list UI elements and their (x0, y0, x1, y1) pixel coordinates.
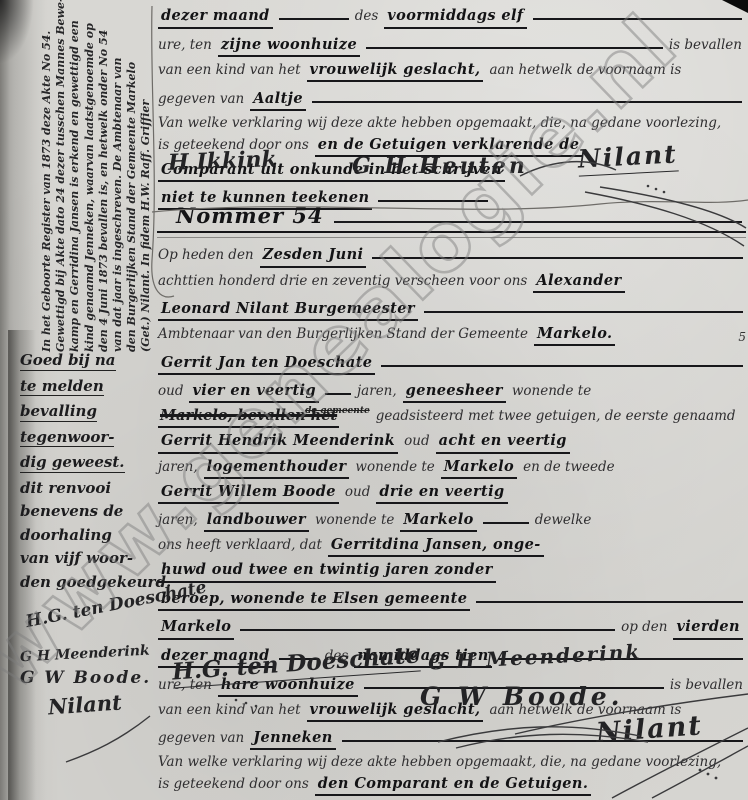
act-text-line: Ambtenaar van den Burgerlijken Stand der… (158, 325, 743, 346)
printed-text: wonende te (355, 459, 434, 476)
blank-filler-rule (483, 508, 529, 524)
filled-in-text: voormiddags elf (384, 7, 526, 28)
act-text-line: beroep, wonende te Elsen gemeente (158, 587, 743, 612)
filled-in-text: dezer maand (158, 7, 273, 28)
printed-text: dewelke (535, 512, 592, 529)
margin-note-line: benevens de (20, 503, 158, 520)
act-text-line: jaren,logementhouderwonende teMarkeloen … (158, 458, 743, 479)
rotated-margin-line: van dat jaar is ingeschreven. De Ambtena… (111, 12, 124, 352)
rotated-margin-line: (Get.) Nilant. In fidem H.W. Raff. Griff… (139, 12, 152, 352)
margin-note-line: van vijf woor- (20, 550, 158, 567)
act-text-line: Van welke verklaring wij deze akte hebbe… (158, 754, 743, 771)
printed-text: van een kind van het (158, 62, 301, 79)
printed-text: jaren, (357, 383, 397, 400)
interline-correction: de gemeente (305, 407, 370, 416)
heading-underline-thin (157, 237, 746, 238)
printed-text: is geteekend door ons (158, 776, 309, 793)
signature-heuten: G H Heuten (352, 153, 528, 179)
printed-text: Van welke verklaring wij deze akte hebbe… (158, 754, 721, 771)
rotated-margin-line: den 4 Juni 1873 bevallen is, en hetwelk … (97, 12, 110, 352)
printed-text: op den (621, 619, 667, 636)
filled-in-text: Alexander (533, 272, 624, 293)
printed-text: jaren, (158, 512, 198, 529)
margin-note-line: doorhaling (20, 527, 158, 544)
act-text-line: ure, tenzijne woonhuizeis bevallen (158, 33, 742, 58)
act-text-line: Op heden denZesden Juni (158, 243, 743, 268)
margin-note-line: dit renvooi (20, 480, 158, 497)
filled-in-text: vrouwelijk geslacht, (307, 61, 484, 82)
act-text-line: van een kind van hetvrouwelijk geslacht,… (158, 61, 742, 82)
signature-boode-main: G W Boode. (420, 682, 623, 711)
act-text-line: Markeloop denvierden (158, 615, 743, 640)
act-text-line: is geteekend door onsden Comparant en de… (158, 775, 743, 796)
margin-note: Goed bij nate meldenbevallingtegenwoor-d… (20, 352, 158, 597)
filled-in-text: Markelo (441, 458, 517, 479)
right-edge-mark: 5 (738, 330, 746, 344)
scan-dark-corner-top-left (0, 0, 34, 64)
act-text-line: ons heeft verklaard, datGerritdina Janse… (158, 536, 743, 557)
printed-text: oud (158, 383, 183, 400)
act-text-line: Leonard Nilant Burgemeester (158, 297, 743, 322)
printed-text: jaren, (158, 459, 198, 476)
filled-in-text: Markelo (400, 511, 476, 532)
signature-ikkink: H Ikkink (168, 146, 278, 176)
printed-text: achttien honderd drie en zeventig versch… (158, 273, 527, 290)
filled-in-text: Gerrit Jan ten Doeschate (158, 354, 375, 375)
rotated-margin-line: Gewettigd bij Akte dato 24 dezer tussche… (54, 12, 67, 352)
printed-text: Op heden den (158, 247, 254, 264)
margin-note-line: den goedgekeurd. (20, 574, 158, 591)
printed-text: is bevallen (670, 677, 743, 694)
printed-text: is bevallen (669, 37, 742, 54)
printed-text: Ambtenaar van den Burgerlijken Stand der… (158, 326, 528, 343)
signature-boode-margin: G W Boode. (20, 668, 151, 688)
act-heading-row: Nommer 54 (176, 203, 742, 228)
act-text-line: dezer maanddesvoormiddags elf (158, 4, 742, 29)
signature-nilant-top: Nilant (577, 139, 678, 176)
filled-in-text: Gerrit Hendrik Meenderink (158, 432, 398, 453)
printed-text: geadsisteerd met twee getuigen, de eerst… (376, 408, 736, 425)
printed-text: gegeven van (158, 730, 244, 747)
filled-in-text: drie en veertig (376, 483, 507, 504)
act-text-line: Van welke verklaring wij deze akte hebbe… (158, 115, 742, 132)
rotated-margin-line: den Burgerlijken Stand der Gemeente Mark… (125, 12, 138, 352)
filled-in-text: vierden (673, 618, 743, 639)
act-text-line: Gerrit Hendrik Meenderinkoudacht en veer… (158, 432, 743, 453)
blank-filler-rule (366, 33, 663, 49)
act-text-line: Gerrit Willem Boodeouddrie en veertig (158, 483, 743, 504)
filled-in-text: zijne woonhuize (218, 36, 360, 57)
heading-underline (157, 231, 746, 233)
act-text-line: achttien honderd drie en zeventig versch… (158, 272, 743, 293)
act-number-title: Nommer 54 (176, 203, 324, 228)
printed-text: van een kind van het (158, 702, 301, 719)
blank-filler-rule (476, 587, 743, 603)
filled-in-text: Leonard Nilant Burgemeester (158, 300, 418, 321)
blank-filler-rule (312, 86, 742, 102)
blank-filler-rule (279, 4, 349, 20)
heading-rule (334, 207, 742, 223)
filled-in-text: vier en veertig (189, 382, 319, 403)
filled-in-text: Markelo (158, 618, 234, 639)
filled-in-text: Markelo. (534, 325, 616, 346)
filled-in-text: logementhouder (204, 458, 350, 479)
printed-text: ure, ten (158, 37, 212, 54)
filled-in-text: acht en veertig (436, 432, 570, 453)
filled-in-text: landbouwer (204, 511, 309, 532)
margin-note-line: te melden (20, 378, 104, 397)
previous-act-text: dezer maanddesvoormiddags elfure, tenzij… (158, 4, 742, 214)
blank-filler-rule (424, 297, 743, 313)
act-text-line: huwd oud twee en twintig jaren zonder (158, 561, 743, 582)
blank-filler-rule (378, 186, 488, 202)
scanned-birth-certificate: In het Geboorte Register van 1873 deze A… (0, 0, 748, 800)
printed-text: gegeven van (158, 91, 244, 108)
printed-text: Van welke verklaring wij deze akte hebbe… (158, 115, 721, 132)
filled-in-text: Gerritdina Jansen, onge- (328, 536, 544, 557)
act-text-line: jaren,landbouwerwonende teMarkelodewelke (158, 508, 743, 533)
rotated-margin-line: kind genaamd Jenneken, waarvan laatstgen… (83, 12, 96, 352)
rotated-margin-line: kamp en Gerridina Jansen is erkend en ge… (68, 12, 81, 352)
signature-nilant-margin: Nilant (47, 689, 122, 719)
blank-filler-rule (240, 615, 615, 631)
act-text-line: Markelo, bevallen hetde gemeentegeadsist… (158, 407, 743, 428)
printed-text: oud (345, 484, 370, 501)
printed-text: ons heeft verklaard, dat (158, 537, 322, 554)
printed-text: aan hetwelk de voornaam is (489, 62, 681, 79)
printed-text: wonende te (512, 383, 591, 400)
margin-note-line: bevalling (20, 403, 97, 422)
blank-filler-rule (325, 379, 351, 395)
filled-in-text: huwd oud twee en twintig jaren zonder (158, 561, 496, 582)
printed-text: en de tweede (523, 459, 615, 476)
printed-text: wonende te (315, 512, 394, 529)
rotated-margin-annotation: In het Geboorte Register van 1873 deze A… (40, 12, 154, 352)
filled-in-text: den Comparant en de Getuigen. (315, 775, 592, 796)
printed-text: oud (404, 433, 429, 450)
act-text-line: gegeven vanAaltje (158, 86, 742, 111)
rotated-margin-line: In het Geboorte Register van 1873 deze A… (40, 12, 53, 352)
blank-filler-rule (533, 4, 742, 20)
filled-in-text: Gerrit Willem Boode (158, 483, 339, 504)
filled-in-text: Aaltje (250, 90, 306, 111)
margin-note-line: Goed bij na (20, 352, 116, 371)
margin-note-line: dig geweest. (20, 454, 125, 473)
blank-filler-rule (372, 243, 743, 259)
filled-in-text: Jenneken (250, 729, 335, 750)
filled-in-text: Zesden Juni (260, 246, 367, 267)
margin-note-line: tegenwoor- (20, 429, 114, 448)
blank-filler-rule (381, 350, 743, 366)
filled-in-text: geneesheer (403, 382, 506, 403)
act-text-line: Gerrit Jan ten Doeschate (158, 350, 743, 375)
act-text-line: oudvier en veertigjaren,geneesheerwonend… (158, 379, 743, 404)
printed-text: des (355, 8, 379, 25)
